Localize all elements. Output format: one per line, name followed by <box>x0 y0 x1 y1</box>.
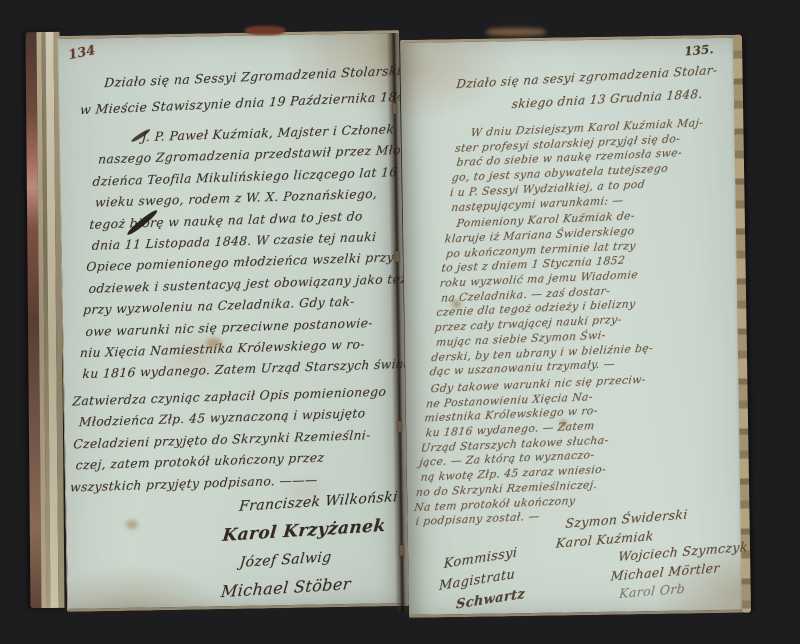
open-register-book: 134 Działo się na Sessyi Zgromadzenia St… <box>0 0 800 644</box>
page-number-right: 135. <box>683 42 713 58</box>
signatures-right: Szymon ŚwiderskiKarol KuźmiakWojciech Sz… <box>523 500 752 610</box>
foxing-stain <box>452 300 461 308</box>
right-page: 135. Działo się na sesyi zgromadzenia St… <box>400 35 744 618</box>
entry-heading-left: Działo się na Sessyi Zgromadzenia Stolar… <box>101 57 426 123</box>
damage-mark <box>245 26 285 35</box>
foxing-stain <box>206 338 222 348</box>
foxing-stain <box>560 420 567 427</box>
binding-stitch <box>398 421 402 432</box>
foxing-stain <box>126 520 138 529</box>
damage-mark <box>486 28 546 36</box>
binding-stitch <box>395 251 399 262</box>
left-page: 134 Działo się na Sessyi Zgromadzenia St… <box>57 30 409 612</box>
signatures-left: Franciszek WilkońskiKarol KrzyżanekJózef… <box>214 483 400 607</box>
binding-stitch <box>399 545 403 556</box>
binding-stitch <box>393 103 397 114</box>
entry-body-right: W dniu Dzisiejszym Karol Kuźmiak Maj-ste… <box>412 116 704 530</box>
page-number-left: 134 <box>67 43 97 63</box>
entry-heading-right: Działo się na sesyi zgromadzenia Stolar-… <box>453 59 719 119</box>
magistrate-commission-block: KommissyiMagistratuSchwartz <box>442 541 527 618</box>
